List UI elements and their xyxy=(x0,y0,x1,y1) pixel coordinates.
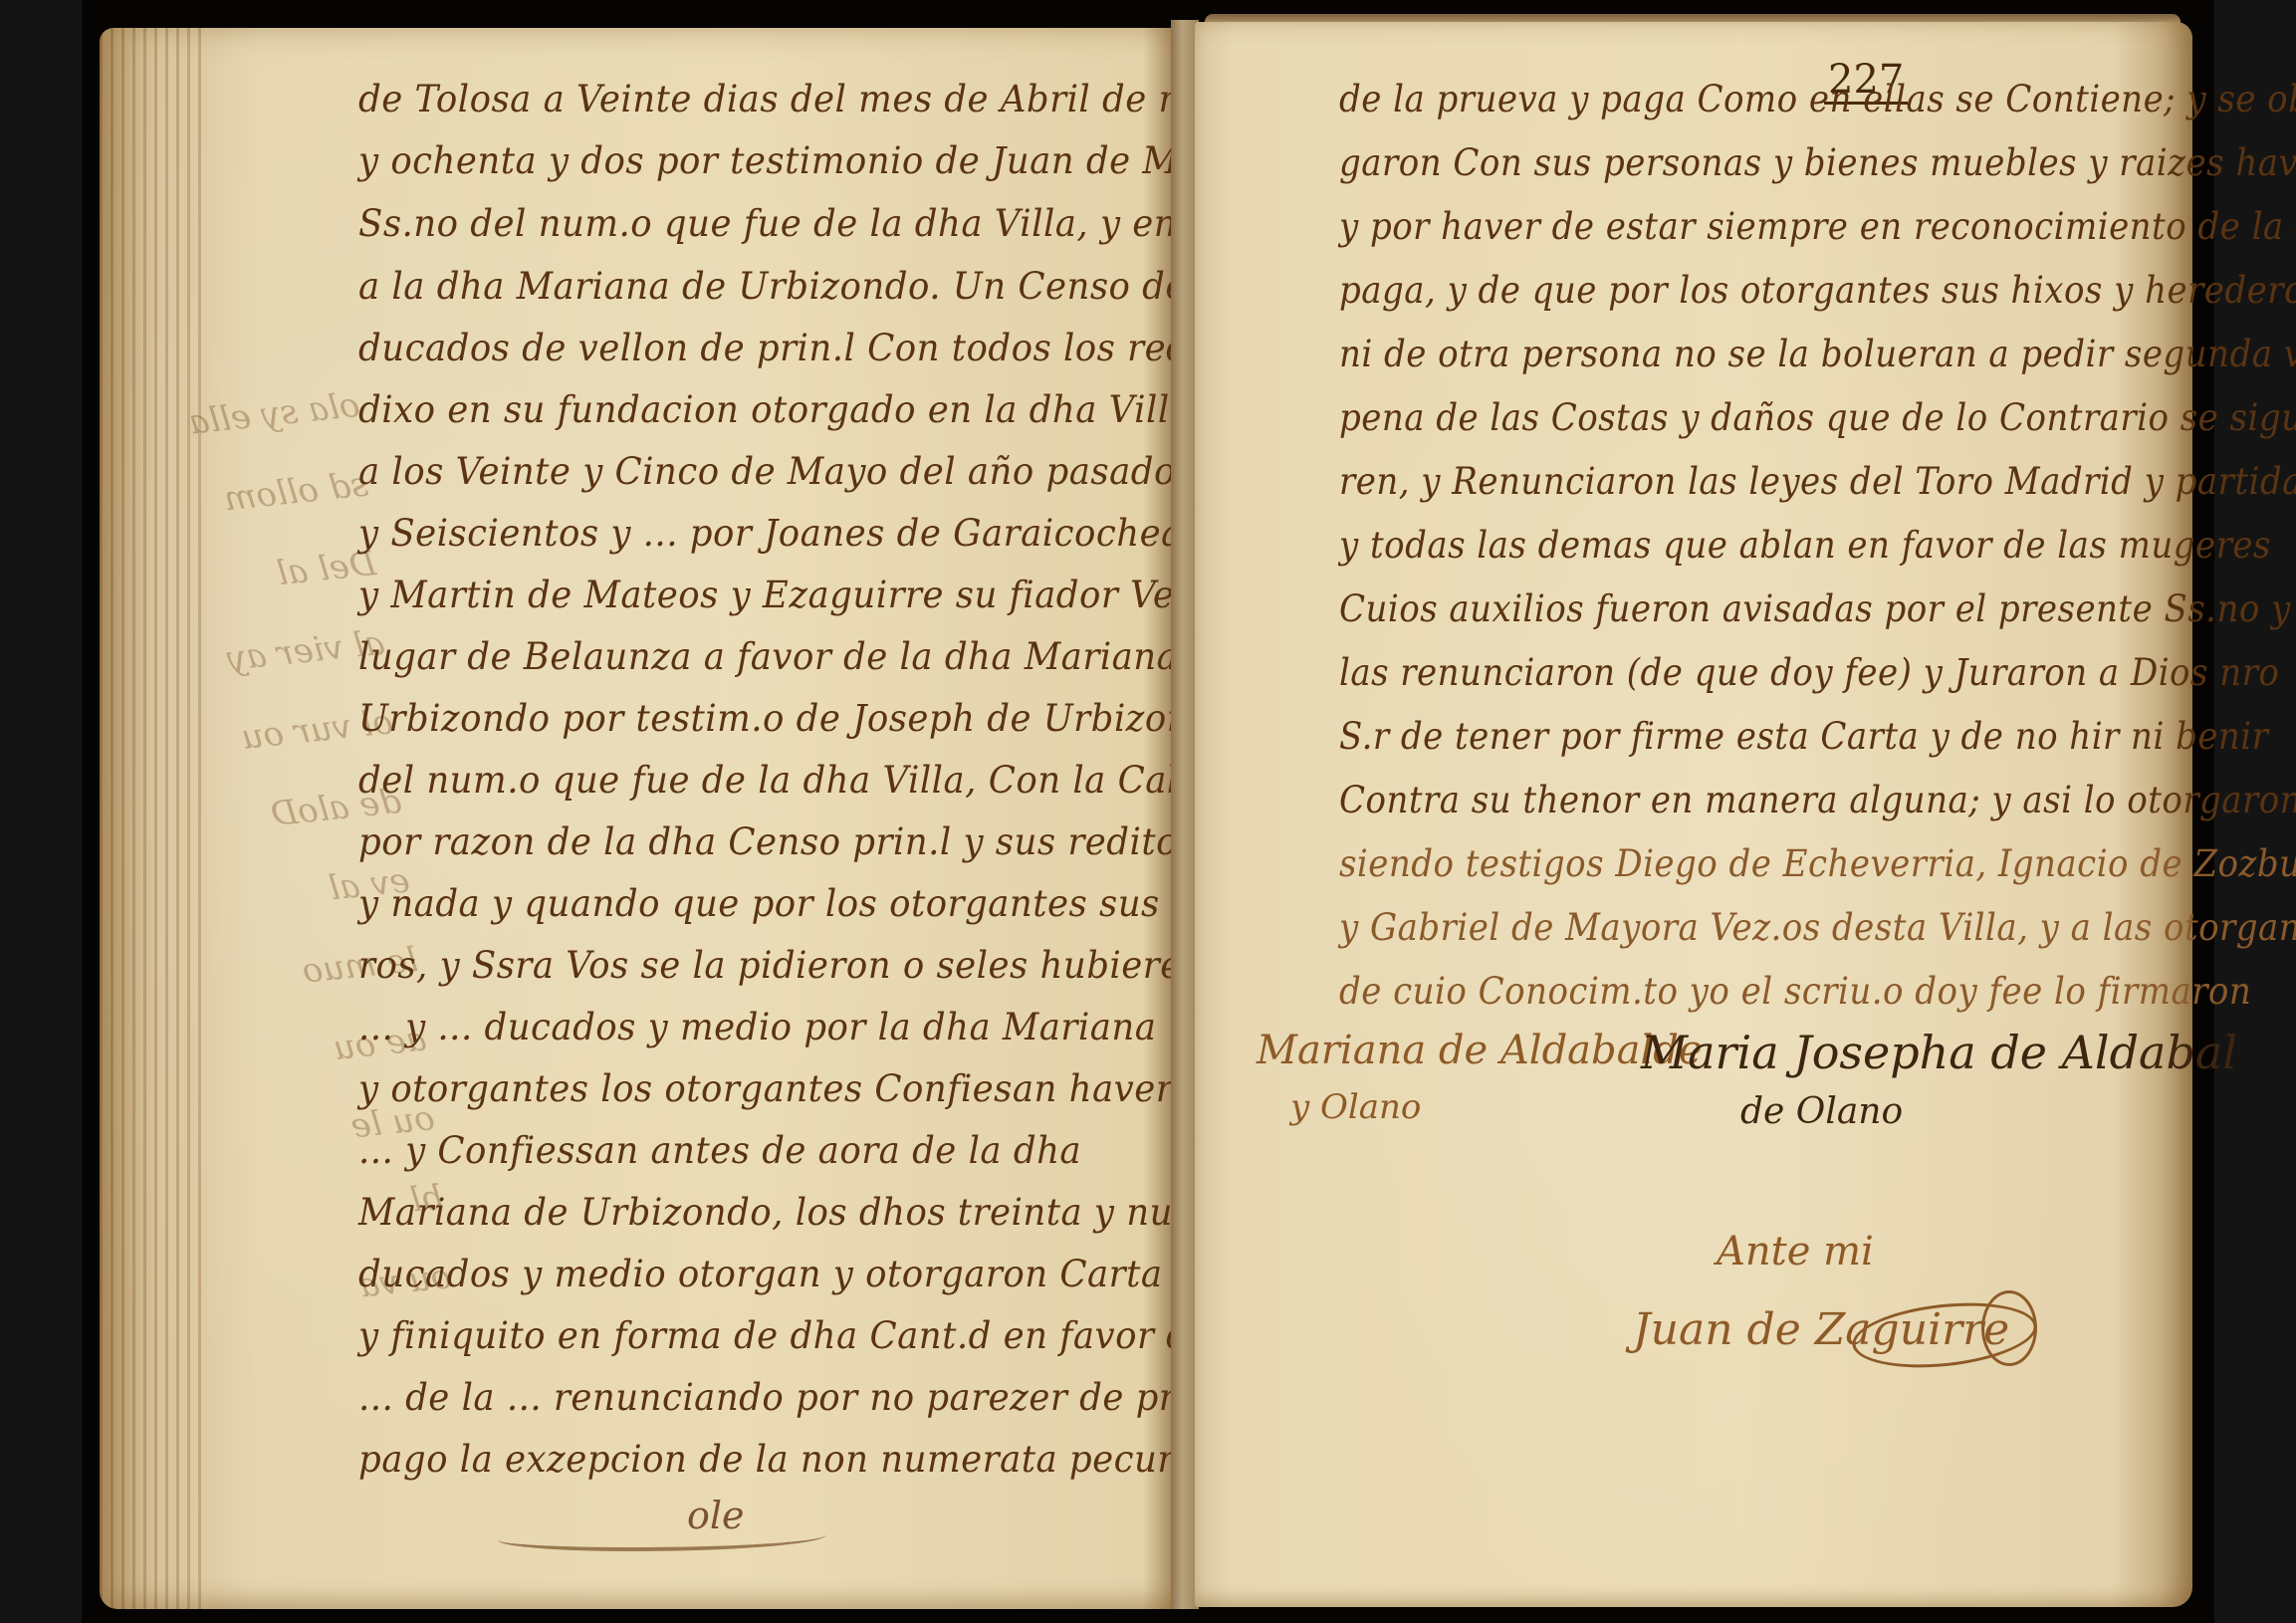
text-line: S.r de tener por firme esta Carta y de n… xyxy=(1339,715,2268,758)
text-line: pena de las Costas y daños que de lo Con… xyxy=(1339,396,2296,439)
text-line: y Martin de Mateos y Ezaguirre su fiador… xyxy=(358,574,1295,616)
letterbox-left xyxy=(0,0,82,1623)
text-line: lugar de Belaunza a favor de la dha Mari… xyxy=(358,635,1235,678)
signature-maria-josepha-aldabal-line2: de Olano xyxy=(1740,1091,1903,1132)
notary-rubric-loop-icon xyxy=(1981,1290,2037,1366)
text-line: y Seiscientos y ... por Joanes de Garaic… xyxy=(358,512,1293,555)
text-line: paga, y de que por los otorgantes sus hi… xyxy=(1339,269,2296,312)
notary-ante-mi: Ante mi xyxy=(1717,1229,1874,1275)
text-line: y Gabriel de Mayora Vez.os desta Villa, … xyxy=(1339,906,2296,949)
scan-viewport: ola sy ellasd ollomDel alal vier ay ol v… xyxy=(0,0,2296,1623)
text-line: siendo testigos Diego de Echeverria, Ign… xyxy=(1339,842,2296,885)
text-line: y finiquito en forma de dha Cant.d en fa… xyxy=(358,1314,1256,1357)
text-line: ... y ... ducados y medio por la dha Mar… xyxy=(358,1006,1156,1048)
text-line: Contra su thenor en manera alguna; y asi… xyxy=(1339,779,2296,821)
text-line: y por haver de estar siempre en reconoci… xyxy=(1339,205,2296,248)
text-line: ... y Confiessan antes de aora de la dha xyxy=(358,1129,1081,1172)
text-line: las renunciaron (de que doy fee) y Jurar… xyxy=(1339,651,2279,694)
text-line: Mariana de Urbizondo, los dhos treinta y… xyxy=(358,1191,1236,1234)
text-line: ni de otra persona no se la bolueran a p… xyxy=(1339,333,2296,375)
text-line: y todas las demas que ablan en favor de … xyxy=(1339,524,2271,567)
text-line: Cuios auxilios fueron avisadas por el pr… xyxy=(1339,587,2296,630)
closing-rubric: ole xyxy=(687,1494,745,1537)
signature-mariana-aldabalde-line2: y Olano xyxy=(1290,1087,1421,1127)
text-line: ren, y Renunciaron las leyes del Toro Ma… xyxy=(1339,460,2296,503)
text-line: de cuio Conocim.to yo el scriu.o doy fee… xyxy=(1339,970,2251,1013)
text-line: garon Con sus personas y bienes muebles … xyxy=(1339,141,2296,184)
text-line: ros, y Ssra Vos se la pidieron o seles h… xyxy=(358,944,1311,987)
signature-maria-josepha-aldabal: Maria Josepha de Aldabal xyxy=(1641,1026,2237,1079)
text-line: de la prueva y paga Como en ellas se Con… xyxy=(1339,78,2296,120)
text-line: de Tolosa a Veinte dias del mes de Abril… xyxy=(358,78,1261,120)
signature-mariana-aldabalde: Mariana de Aldabalde xyxy=(1257,1028,1703,1073)
